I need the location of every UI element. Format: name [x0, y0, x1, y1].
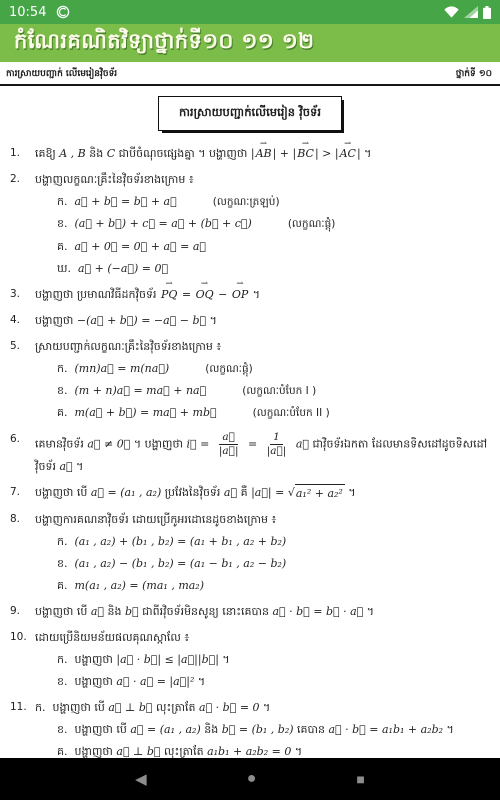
- problem-line: ក.(mn)a⃗ = m(na⃗)(លក្ខណៈផ្ដុំ): [57, 360, 488, 377]
- fraction-numerator: a⃗: [219, 431, 238, 445]
- problem-line: ខ.(m + n)a⃗ = ma⃗ + na⃗(លក្ខណៈបំបែក I ): [57, 382, 488, 399]
- problem-number: 1.: [10, 145, 35, 166]
- khmer-text: និង: [104, 605, 125, 618]
- khmer-text: បង្ហាញថា: [74, 745, 116, 758]
- cell-signal-icon: [464, 6, 478, 18]
- khmer-text: បង្ហាញថា បើ: [35, 605, 91, 618]
- vector-with-arrow: OQ: [195, 286, 215, 303]
- problem-number: 3.: [10, 286, 35, 307]
- math-text: (m + n)a⃗ = ma⃗ + na⃗: [74, 384, 206, 397]
- item-letter: គ.: [57, 406, 67, 419]
- math-text: b⃗: [125, 605, 139, 618]
- problem-number: 7.: [10, 484, 35, 506]
- home-button[interactable]: ●: [243, 767, 261, 791]
- problem-body: ស្រាយបញ្ជាក់លក្ខណៈគ្រឹះនៃវ៉ិចទ័រខាងក្រោម…: [35, 338, 488, 426]
- problem-row: 11.ក.បង្ហាញថា បើ a⃗ ⊥ b⃗ លុះត្រាតែ a⃗ · …: [10, 699, 488, 758]
- problem-row: 9.បង្ហាញថា បើ a⃗ និង b⃗ ជាពីរវ៉ិចទ័រមិនស…: [10, 603, 488, 624]
- khmer-text: ។: [206, 314, 217, 327]
- problem-number: 9.: [10, 603, 35, 624]
- fraction-denominator: |a⃗|: [216, 445, 242, 458]
- problem-line: គ.a⃗ + 0⃗ = 0⃗ + a⃗ = a⃗: [57, 238, 488, 255]
- vector-with-arrow: PQ: [160, 286, 178, 303]
- problem-line: បង្ហាញថា ប្រមាណវិធីដកវ៉ិចទ័រ PQ = OQ − O…: [35, 286, 488, 303]
- item-letter: ក.: [57, 362, 67, 375]
- wifi-icon: [444, 6, 459, 18]
- problem-body: ក.បង្ហាញថា បើ a⃗ ⊥ b⃗ លុះត្រាតែ a⃗ · b⃗ …: [35, 699, 488, 758]
- item-letter: ខ.: [57, 723, 67, 736]
- khmer-text: ។: [361, 147, 372, 160]
- clock: 10:54: [9, 5, 46, 20]
- problem-line: គេឱ្យ A , B និង C ជាបីចំណុចផ្សេងគ្នា ។ ប…: [35, 145, 488, 162]
- khmer-text: គឺ: [237, 486, 251, 499]
- math-text: |a⃗| =: [251, 486, 288, 499]
- khmer-text: ។: [219, 653, 230, 666]
- vector-with-arrow: AB: [255, 145, 273, 162]
- khmer-text: និង: [201, 723, 222, 736]
- problem-number: 11.: [10, 699, 35, 758]
- problem-row: 5.ស្រាយបញ្ជាក់លក្ខណៈគ្រឹះនៃវ៉ិចទ័រខាងក្រ…: [10, 338, 488, 426]
- math-text: a⃗: [224, 486, 237, 499]
- math-text: C: [107, 147, 115, 160]
- khmer-text: ប្រវែងនៃវ៉ិចទ័រ: [161, 486, 224, 499]
- problem-list: 1.គេឱ្យ A , B និង C ជាបីចំណុចផ្សេងគ្នា ។…: [0, 141, 500, 758]
- math-text: a⃗ + (−a⃗) = 0⃗: [78, 262, 168, 275]
- math-text: i⃗ =: [187, 437, 213, 450]
- problem-number: 8.: [10, 511, 35, 598]
- khmer-text: បង្ហាញថា: [35, 314, 77, 327]
- vector-with-arrow: AC: [339, 145, 357, 162]
- math-text: a⃗: [292, 437, 309, 450]
- math-text: (a⃗ + b⃗) + c⃗ = a⃗ + (b⃗ + c⃗): [74, 217, 251, 230]
- problem-body: គេមានវ៉ិចទ័រ a⃗ ≠ 0⃗ ។ បង្ហាញថា i⃗ = a⃗|…: [35, 431, 488, 479]
- math-text: a⃗ = (a₁ , a₂): [130, 723, 200, 736]
- khmer-text: បង្ហាញលក្ខណៈគ្រឹះនៃវ៉ិចទ័រខាងក្រោម ៖: [35, 173, 194, 186]
- problem-line: ក.បង្ហាញថា |a⃗ · b⃗| ≤ |a⃗||b⃗| ។: [57, 651, 488, 668]
- math-text: =: [178, 288, 194, 301]
- problem-line: គេមានវ៉ិចទ័រ a⃗ ≠ 0⃗ ។ បង្ហាញថា i⃗ = a⃗|…: [35, 431, 488, 475]
- document-page[interactable]: ការស្រាយបញ្ជាក់ លើមេរៀនវ៉ិចទ័រ ថ្នាក់ទី …: [0, 62, 500, 758]
- problem-body: បង្ហាញថា −(a⃗ + b⃗) = −a⃗ − b⃗ ។: [35, 312, 488, 333]
- problem-line: គ.m(a₁ , a₂) = (ma₁ , ma₂): [57, 577, 488, 594]
- problem-row: 8.បង្ហាញការគណនាវ៉ិចទ័រ ដោយប្រើកូអរដោនេដូ…: [10, 511, 488, 598]
- math-text: a⃗ ⊥ b⃗: [116, 745, 160, 758]
- khmer-text: គេបាន: [294, 723, 329, 736]
- math-text: (mn)a⃗ = m(na⃗): [74, 362, 169, 375]
- problem-line: ខ.(a₁ , a₂) − (b₁ , b₂) = (a₁ − b₁ , a₂ …: [57, 555, 488, 572]
- khmer-text: ជាពីរវ៉ិចទ័រមិនសូន្យ នោះគេបាន: [139, 605, 273, 618]
- math-text: | + |: [273, 147, 297, 160]
- problem-line: ក.a⃗ + b⃗ = b⃗ + a⃗(លក្ខណៈត្រឡប់): [57, 193, 488, 210]
- problem-line: បង្ហាញថា −(a⃗ + b⃗) = −a⃗ − b⃗ ។: [35, 312, 488, 329]
- lesson-title-box: ការស្រាយបញ្ជាក់លើមេរៀន វ៉ិចទ័រ: [158, 96, 342, 131]
- problem-line: ស្រាយបញ្ជាក់លក្ខណៈគ្រឹះនៃវ៉ិចទ័រខាងក្រោម…: [35, 338, 488, 355]
- math-text: =: [244, 437, 260, 450]
- problem-body: បង្ហាញការគណនាវ៉ិចទ័រ ដោយប្រើកូអរដោនេដូចខ…: [35, 511, 488, 598]
- khmer-text: លុះត្រាតែ: [161, 745, 208, 758]
- math-text: m(a₁ , a₂) = (ma₁ , ma₂): [74, 579, 204, 592]
- khmer-text: ។: [249, 288, 260, 301]
- math-text: | > |: [315, 147, 339, 160]
- khmer-text: គេមានវ៉ិចទ័រ: [35, 437, 87, 450]
- fraction-numerator: 1: [270, 431, 283, 445]
- property-note: (លក្ខណៈផ្ដុំ): [205, 363, 253, 375]
- math-text: a⃗ + b⃗ = b⃗ + a⃗: [74, 195, 176, 208]
- problem-number: 6.: [10, 431, 35, 479]
- math-text: a₁b₁ + a₂b₂ = 0: [207, 745, 291, 758]
- problem-row: 1.គេឱ្យ A , B និង C ជាបីចំណុចផ្សេងគ្នា ។…: [10, 145, 488, 166]
- document-header-right: ថ្នាក់ទី ១០: [456, 68, 492, 81]
- math-text: a⃗ · b⃗ = b⃗ · a⃗: [272, 605, 363, 618]
- android-nav-bar: ◀ ● ■: [0, 758, 500, 800]
- khmer-text: គេឱ្យ: [35, 147, 59, 160]
- problem-body: គេឱ្យ A , B និង C ជាបីចំណុចផ្សេងគ្នា ។ ប…: [35, 145, 488, 166]
- problem-number: 5.: [10, 338, 35, 426]
- problem-row: 10.ដោយប្រើនិយមន័យផលគុណស្កាលែ ៖ក.បង្ហាញថា…: [10, 629, 488, 694]
- problem-line: បង្ហាញលក្ខណៈគ្រឹះនៃវ៉ិចទ័រខាងក្រោម ៖: [35, 171, 488, 188]
- khmer-text: ។: [291, 745, 302, 758]
- item-letter: ក.: [57, 535, 67, 548]
- item-letter: ខ.: [57, 384, 67, 397]
- math-text: (a₁ , a₂) − (b₁ , b₂) = (a₁ − b₁ , a₂ − …: [74, 557, 286, 570]
- notification-icon: [56, 5, 70, 19]
- problem-line: គ.m(a⃗ + b⃗) = ma⃗ + mb⃗(លក្ខណៈបំបែក II …: [57, 404, 488, 421]
- problem-body: បង្ហាញលក្ខណៈគ្រឹះនៃវ៉ិចទ័រខាងក្រោម ៖ក.a⃗…: [35, 171, 488, 281]
- sqrt-expression: √a₁² + a₂²: [288, 484, 345, 502]
- fraction: a⃗|a⃗|: [216, 431, 242, 458]
- khmer-text: ។: [363, 605, 374, 618]
- battery-icon: [483, 6, 491, 19]
- math-text: m(a⃗ + b⃗) = ma⃗ + mb⃗: [74, 406, 216, 419]
- problem-line: ខ.បង្ហាញថា a⃗ · a⃗ = |a⃗|² ។: [57, 673, 488, 690]
- math-text: a⃗ · b⃗ = a₁b₁ + a₂b₂: [328, 723, 443, 736]
- math-text: a⃗ ≠ 0⃗: [87, 437, 130, 450]
- math-text: a⃗: [91, 605, 104, 618]
- problem-row: 3.បង្ហាញថា ប្រមាណវិធីដកវ៉ិចទ័រ PQ = OQ −…: [10, 286, 488, 307]
- math-text: a⃗ = (a₁ , a₂): [91, 486, 161, 499]
- khmer-text: ។: [260, 701, 271, 714]
- item-letter: ខ.: [57, 675, 67, 688]
- recents-button[interactable]: ■: [352, 768, 368, 790]
- khmer-text: និង: [86, 147, 107, 160]
- item-letter: ខ.: [57, 557, 67, 570]
- khmer-text: ។: [73, 460, 84, 473]
- problem-line: ក.បង្ហាញថា បើ a⃗ ⊥ b⃗ លុះត្រាតែ a⃗ · b⃗ …: [35, 699, 488, 716]
- problem-line: បង្ហាញថា បើ a⃗ និង b⃗ ជាពីរវ៉ិចទ័រមិនសូន…: [35, 603, 488, 620]
- item-letter: គ.: [57, 240, 67, 253]
- khmer-text: ។: [345, 486, 356, 499]
- item-letter: ក.: [35, 701, 45, 714]
- document-header: ការស្រាយបញ្ជាក់ លើមេរៀនវ៉ិចទ័រ ថ្នាក់ទី …: [0, 62, 500, 86]
- problem-body: បង្ហាញថា បើ a⃗ និង b⃗ ជាពីរវ៉ិចទ័រមិនសូន…: [35, 603, 488, 624]
- property-note: (លក្ខណៈបំបែក II ): [253, 407, 330, 419]
- problem-number: 2.: [10, 171, 35, 281]
- math-text: −: [215, 288, 231, 301]
- khmer-text: បង្ហាញថា ប្រមាណវិធីដកវ៉ិចទ័រ: [35, 288, 160, 301]
- property-note: (លក្ខណៈត្រឡប់): [213, 196, 280, 208]
- khmer-text: បង្ហាញថា: [74, 653, 116, 666]
- math-text: A , B: [59, 147, 86, 160]
- problem-line: ឃ.a⃗ + (−a⃗) = 0⃗: [57, 260, 488, 277]
- math-text: a⃗ · b⃗ = 0: [199, 701, 260, 714]
- phone-screen: 10:54 កំណែរគណិតវិទ្យាថ្នាក់ទី១០ ១១ ១២ កា…: [0, 0, 500, 800]
- vector-with-arrow: OP: [231, 286, 249, 303]
- math-text: a⃗ · a⃗ = |a⃗|²: [116, 675, 194, 688]
- back-button[interactable]: ◀: [131, 768, 151, 791]
- radicand: a₁² + a₂²: [295, 484, 345, 502]
- item-letter: គ.: [57, 579, 67, 592]
- item-letter: ក.: [57, 195, 67, 208]
- math-text: a⃗ ⊥ b⃗: [108, 701, 152, 714]
- khmer-text: បង្ហាញថា បើ: [52, 701, 108, 714]
- problem-line: បង្ហាញការគណនាវ៉ិចទ័រ ដោយប្រើកូអរដោនេដូចខ…: [35, 511, 488, 528]
- property-note: (លក្ខណៈផ្ដុំ): [288, 218, 336, 230]
- problem-line: ខ.(a⃗ + b⃗) + c⃗ = a⃗ + (b⃗ + c⃗)(លក្ខណៈ…: [57, 215, 488, 232]
- lesson-title: ការស្រាយបញ្ជាក់លើមេរៀន វ៉ិចទ័រ: [179, 105, 321, 119]
- problem-line: ក.(a₁ , a₂) + (b₁ , b₂) = (a₁ + b₁ , a₂ …: [57, 533, 488, 550]
- problem-line: ខ.បង្ហាញថា បើ a⃗ = (a₁ , a₂) និង b⃗ = (b…: [57, 721, 488, 738]
- app-title: កំណែរគណិតវិទ្យាថ្នាក់ទី១០ ១១ ១២: [14, 28, 314, 59]
- document-header-left: ការស្រាយបញ្ជាក់ លើមេរៀនវ៉ិចទ័រ: [6, 68, 117, 81]
- property-note: (លក្ខណៈបំបែក I ): [242, 385, 316, 397]
- khmer-text: បង្ហាញការគណនាវ៉ិចទ័រ ដោយប្រើកូអរដោនេដូចខ…: [35, 513, 276, 526]
- problem-number: 4.: [10, 312, 35, 333]
- khmer-text: ។: [194, 675, 205, 688]
- app-bar: កំណែរគណិតវិទ្យាថ្នាក់ទី១០ ១១ ១២: [0, 24, 500, 62]
- vector-with-arrow: BC: [296, 145, 315, 162]
- math-text: a⃗: [59, 460, 72, 473]
- problem-row: 2.បង្ហាញលក្ខណៈគ្រឹះនៃវ៉ិចទ័រខាងក្រោម ៖ក.…: [10, 171, 488, 281]
- khmer-text: ជាបីចំណុចផ្សេងគ្នា ។ បង្ហាញថា: [115, 147, 251, 160]
- fraction-denominator: |a⃗|: [264, 445, 290, 458]
- math-text: −(a⃗ + b⃗) = −a⃗ − b⃗: [77, 314, 206, 327]
- problem-line: ដោយប្រើនិយមន័យផលគុណស្កាលែ ៖: [35, 629, 488, 646]
- item-letter: ឃ.: [57, 262, 71, 275]
- khmer-text: ។ បង្ហាញថា: [130, 437, 186, 450]
- khmer-text: បង្ហាញថា: [74, 675, 116, 688]
- item-letter: ខ.: [57, 217, 67, 230]
- problem-line: គ.បង្ហាញថា a⃗ ⊥ b⃗ លុះត្រាតែ a₁b₁ + a₂b₂…: [57, 743, 488, 758]
- math-text: |a⃗ · b⃗| ≤ |a⃗||b⃗|: [116, 653, 219, 666]
- khmer-text: លុះត្រាតែ: [153, 701, 200, 714]
- radical-sign: √: [288, 484, 295, 501]
- khmer-text: បង្ហាញថា បើ: [35, 486, 91, 499]
- problem-row: 4.បង្ហាញថា −(a⃗ + b⃗) = −a⃗ − b⃗ ។: [10, 312, 488, 333]
- problem-body: បង្ហាញថា បើ a⃗ = (a₁ , a₂) ប្រវែងនៃវ៉ិចទ…: [35, 484, 488, 506]
- khmer-text: ។: [443, 723, 454, 736]
- khmer-text: ដោយប្រើនិយមន័យផលគុណស្កាលែ ៖: [35, 631, 189, 644]
- khmer-text: បង្ហាញថា បើ: [74, 723, 130, 736]
- math-text: b⃗ = (b₁ , b₂): [222, 723, 294, 736]
- status-bar: 10:54: [0, 0, 500, 24]
- math-text: (a₁ , a₂) + (b₁ , b₂) = (a₁ + b₁ , a₂ + …: [74, 535, 286, 548]
- problem-row: 6.គេមានវ៉ិចទ័រ a⃗ ≠ 0⃗ ។ បង្ហាញថា i⃗ = a…: [10, 431, 488, 479]
- problem-number: 10.: [10, 629, 35, 694]
- item-letter: ក.: [57, 653, 67, 666]
- problem-body: បង្ហាញថា ប្រមាណវិធីដកវ៉ិចទ័រ PQ = OQ − O…: [35, 286, 488, 307]
- problem-body: ដោយប្រើនិយមន័យផលគុណស្កាលែ ៖ក.បង្ហាញថា |a…: [35, 629, 488, 694]
- status-right-icons: [444, 6, 491, 19]
- fraction: 1|a⃗|: [264, 431, 290, 458]
- problem-row: 7.បង្ហាញថា បើ a⃗ = (a₁ , a₂) ប្រវែងនៃវ៉ិ…: [10, 484, 488, 506]
- khmer-text: ស្រាយបញ្ជាក់លក្ខណៈគ្រឹះនៃវ៉ិចទ័រខាងក្រោម…: [35, 340, 221, 353]
- math-text: a⃗ + 0⃗ = 0⃗ + a⃗ = a⃗: [74, 240, 206, 253]
- item-letter: គ.: [57, 745, 67, 758]
- problem-line: បង្ហាញថា បើ a⃗ = (a₁ , a₂) ប្រវែងនៃវ៉ិចទ…: [35, 484, 488, 502]
